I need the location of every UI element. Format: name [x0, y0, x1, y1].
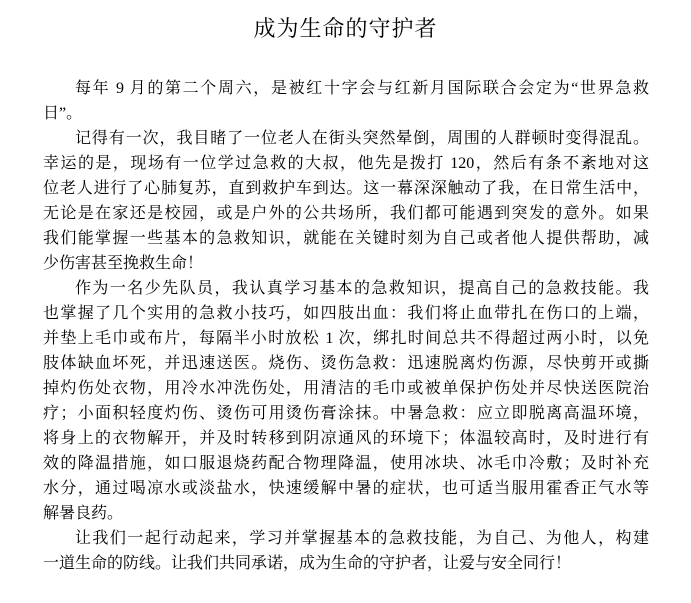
text-line: 记得有一次，我目睹了一位老人在街头突然晕倒，周围的人群顿时变得混乱。 [43, 126, 649, 151]
text-line: 无论是在家还是校园，或是户外的公共场所，我们都可能遇到突发的意外。如果 [43, 201, 649, 226]
text-line: 每年 9 月的第二个周六，是被红十字会与红新月国际联合会定为“世界急救 [43, 76, 649, 101]
text-line: 掉灼伤处衣物，用冷水冲洗伤处，用清洁的毛巾或被单保护伤处并尽快送医院治 [43, 376, 649, 401]
text-line: 水分，通过喝凉水或淡盐水，快速缓解中暑的症状，也可适当服用霍香正气水等 [43, 476, 649, 501]
text-line: 肢体缺血坏死，并迅速送医。烧伤、烫伤急救：迅速脱离灼伤源，尽快剪开或撕 [43, 351, 649, 376]
text-line: 效的降温措施，如口服退烧药配合物理降温，使用冰块、冰毛巾冷敷；及时补充 [43, 451, 649, 476]
text-line: 位老人进行了心肺复苏，直到救护车到达。这一幕深深触动了我，在日常生活中， [43, 176, 649, 201]
text-line: 将身上的衣物解开，并及时转移到阴凉通风的环境下；体温较高时，及时进行有 [43, 426, 649, 451]
text-line: 幸运的是，现场有一位学过急救的大叔，他先是拨打 120，然后有条不紊地对这 [43, 151, 649, 176]
text-line: 少伤害甚至挽救生命！ [43, 251, 649, 276]
text-line: 也掌握了几个实用的急救小技巧，如四肢出血：我们将止血带扎在伤口的上端， [43, 301, 649, 326]
text-line: 疗；小面积轻度灼伤、烫伤可用烫伤膏涂抹。中暑急救：应立即脱离高温环境， [43, 401, 649, 426]
text-line: 让我们一起行动起来，学习并掌握基本的急救技能，为自己、为他人，构建 [43, 526, 649, 551]
text-line: 解暑良药。 [43, 501, 649, 526]
text-line: 一道生命的防线。让我们共同承诺，成为生命的守护者，让爱与安全同行！ [43, 551, 649, 576]
text-line: 日”。 [43, 101, 649, 126]
document-title: 成为生命的守护者 [0, 0, 691, 45]
text-line: 作为一名少先队员，我认真学习基本的急救知识，提高自己的急救技能。我 [43, 276, 649, 301]
document-page: 成为生命的守护者 每年 9 月的第二个周六，是被红十字会与红新月国际联合会定为“… [0, 0, 691, 603]
text-line: 我们能掌握一些基本的急救知识，就能在关键时刻为自己或者他人提供帮助，减 [43, 226, 649, 251]
document-body: 每年 9 月的第二个周六，是被红十字会与红新月国际联合会定为“世界急救日”。记得… [43, 76, 649, 576]
text-line: 并垫上毛巾或布片，每隔半小时放松 1 次，绑扎时间总共不得超过两小时，以免 [43, 326, 649, 351]
